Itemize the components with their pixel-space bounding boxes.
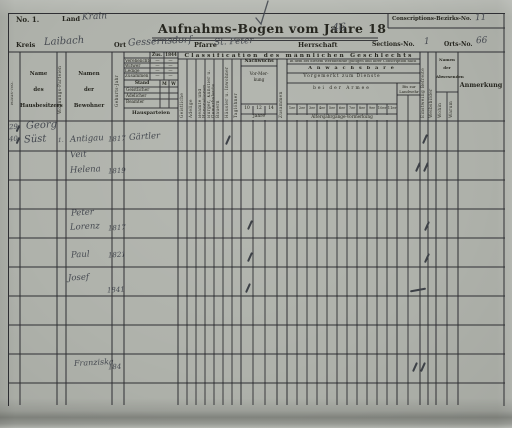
scanned-form-page: No. 1. Land Krain Conscriptions-Bezirks-… [0,0,512,428]
conscription-district-label: Conscriptions-Bezirks-No. [392,17,471,23]
class-col-clergy: Geistliche [180,62,185,118]
stand-col-w: W [169,82,178,86]
class-col-cottagers: Häusler u. Inwohner [225,62,230,118]
resident-name-entry: Paul [71,251,90,260]
kreis-label: Kreis [16,42,35,49]
land-label: Land [62,16,80,23]
birth-year-entry: 1821 [108,252,126,260]
birth-year-entry: 1817 [108,136,126,144]
condition-row: Zusammen—— [125,74,177,78]
col-females: Weibsbilder [429,58,434,118]
class-col-nobility: Adelige [189,62,194,118]
condition-col-year: 1844 [164,53,178,57]
nachwuchs-age-12: 12 [253,107,265,112]
col-exempted: Einstweilig Befreite [421,58,426,118]
agecol-6: 6er [337,107,347,111]
agecol-2: 2er [297,107,307,111]
nachwuchs-age-10: 10 [241,107,253,112]
agecol-5: 5er [327,107,337,111]
vormerk-line3: Vorgemerkt zum Dienste [287,75,397,80]
resident-name-entry: Lorenz [70,222,100,232]
page-title: Aufnahms-Bogen vom Jahre 18 [158,22,386,35]
vormerk-line4: bei der Armee [287,87,397,92]
condition-col-zus: Zus. [150,53,164,57]
absent-col-where: Wohin [438,94,443,118]
vormerk-line1: In dem bei diesem Werbbezirke gültigen u… [288,60,418,64]
class-col-laborers: Taglöhner [234,62,239,118]
classification-title: Classification des männlichen Geschlecht… [180,53,418,59]
owner-name-entry: Georg [26,120,58,132]
col-residents: Namen der Bewohner [66,66,112,115]
sections-value-handwritten: 1 [424,38,430,47]
nachwuchs-title: Nachwuchs [241,60,277,65]
land-value-handwritten: Krain [82,12,108,22]
birth-year-entry: 1819 [108,168,126,176]
resident-name-entry: Veit [70,151,87,160]
owner-name-entry: Süst [24,134,47,145]
nachwuchs-sub1: Vor-Mer- [241,72,277,76]
col-dwelling-parties: Wohnungs-Parteien [58,62,63,118]
landwehr-label-1: Bis zur [398,85,420,89]
agecol-7: 7er [347,107,357,111]
col-house-number: Haus-No. [11,70,16,116]
birth-year-entry: 1817 [108,225,126,233]
resident-name-entry: Josef [68,273,89,283]
birth-year-entry: 1841 [107,287,125,295]
resident-name-entry: Peter [71,208,94,218]
class-col-farmers: Bauern [216,62,221,118]
title-year-handwritten: 46 [332,22,347,34]
agecol-4: 4er [317,107,327,111]
condition-bottom-label: Hausparteien [124,111,178,116]
absent-box-title: Namen der Abwesenden [436,56,458,81]
birth-year-entry: 184 [108,364,122,372]
resident-name-entry: Antigau [70,134,104,144]
kreis-value-handwritten: Laibach [44,36,85,48]
agecol-11: 11er [387,107,397,111]
condition-entry: Gärtler [129,132,161,142]
landwehr-label-2: Landwehr [398,90,420,94]
agecol-10: 10er [377,107,387,111]
class-col-burghers: Bürger, Künstler u. Gewerbsleute [207,62,216,118]
agecol-9: 9er [367,107,377,111]
orts-no-value-handwritten: 66 [476,37,488,47]
col-zusammen-rubrik: Zusammen [279,62,284,118]
col-remarks: Anmerkung [458,82,504,89]
form-number: No. 1. [16,16,39,23]
stand-row: Beamter [126,100,144,104]
stand-row: Geistlicher [126,88,149,92]
vormerk-bottom: Altersjahrgänge-Vormerkung [288,115,396,119]
agecol-8: 8er [357,107,367,111]
vormerk-line2: Anwachsbare [287,66,420,71]
nachwuchs-age-14: 14 [265,107,277,112]
agecol-3: 3er [307,107,317,111]
col-owner: Name des Hausbesitzers [20,66,57,115]
class-col-officials: Beamte und Honoratioren [198,62,207,118]
col-birth-year: Geburts-Jahr [115,64,120,118]
herrschaft-label: Herrschaft [298,42,337,49]
agecol-1: 1er [287,107,297,111]
resident-name-entry: Helena [70,165,101,175]
orts-no-label: Orts-No. [444,42,473,48]
stand-title: Stand [124,82,160,87]
conscription-district-value: 11 [475,14,487,24]
absent-col-why: Warum [449,94,454,118]
stand-col-m: M [160,82,169,86]
nachwuchs-sub2: kung [241,78,277,82]
sections-label: Sections-No. [372,42,415,48]
party-number-entry: 1. [58,138,64,144]
ort-label: Ort [114,42,126,49]
stand-row: Adelicher [126,94,146,98]
nachwuchs-unit: Jahre [242,115,276,120]
